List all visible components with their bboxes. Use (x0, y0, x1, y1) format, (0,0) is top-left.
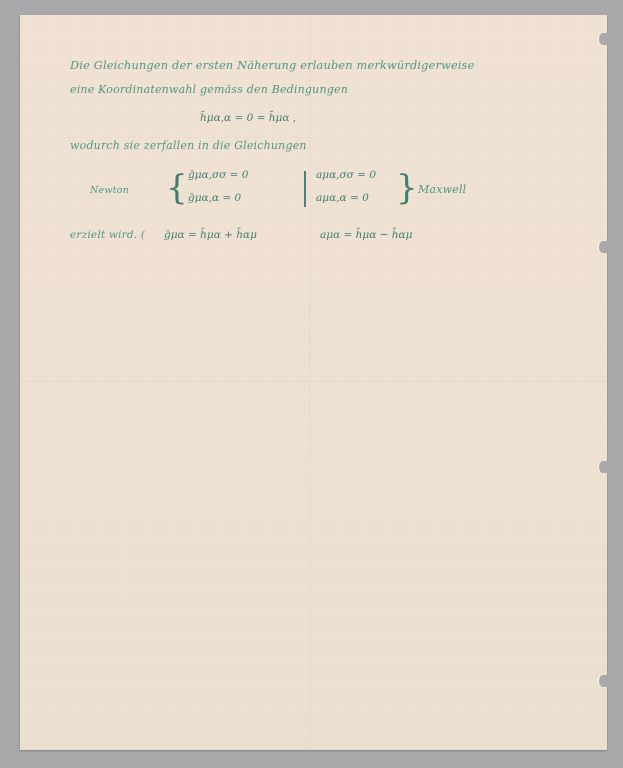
newton-equation-2: ḡμα,α = 0 (188, 192, 241, 204)
maxwell-equation-2: aμα,α = 0 (316, 192, 369, 204)
equation-coordinate-condition: h̄μα,α = 0 = h̄μα , (200, 112, 296, 124)
horizontal-fold-crease (20, 381, 607, 383)
torn-punch-hole (597, 33, 609, 45)
right-brace: } (396, 171, 418, 205)
torn-punch-hole (597, 241, 609, 253)
manuscript-page: Die Gleichungen der ersten Näherung erla… (20, 15, 607, 750)
torn-punch-hole (597, 461, 609, 473)
separator-bar (304, 171, 306, 207)
torn-punch-hole (597, 675, 609, 687)
handwritten-line-2: eine Koordinatenwahl gemäss den Bedingun… (70, 83, 348, 96)
maxwell-equation-1: aμα,σσ = 0 (316, 169, 376, 181)
handwritten-line-1: Die Gleichungen der ersten Näherung erla… (70, 59, 475, 72)
maxwell-label: Maxwell (418, 183, 466, 196)
equation-a-definition: aμα = h̄μα − h̄αμ (320, 229, 412, 241)
equation-g-definition: ḡμα = h̄μα + h̄αμ (164, 229, 257, 241)
newton-equation-1: ḡμα,σσ = 0 (188, 169, 248, 181)
left-brace: { (166, 171, 188, 205)
newton-label: Newton (90, 185, 129, 196)
handwritten-line-6: erzielt wird. ( (70, 229, 145, 241)
handwritten-line-4: wodurch sie zerfallen in die Gleichungen (70, 139, 307, 152)
